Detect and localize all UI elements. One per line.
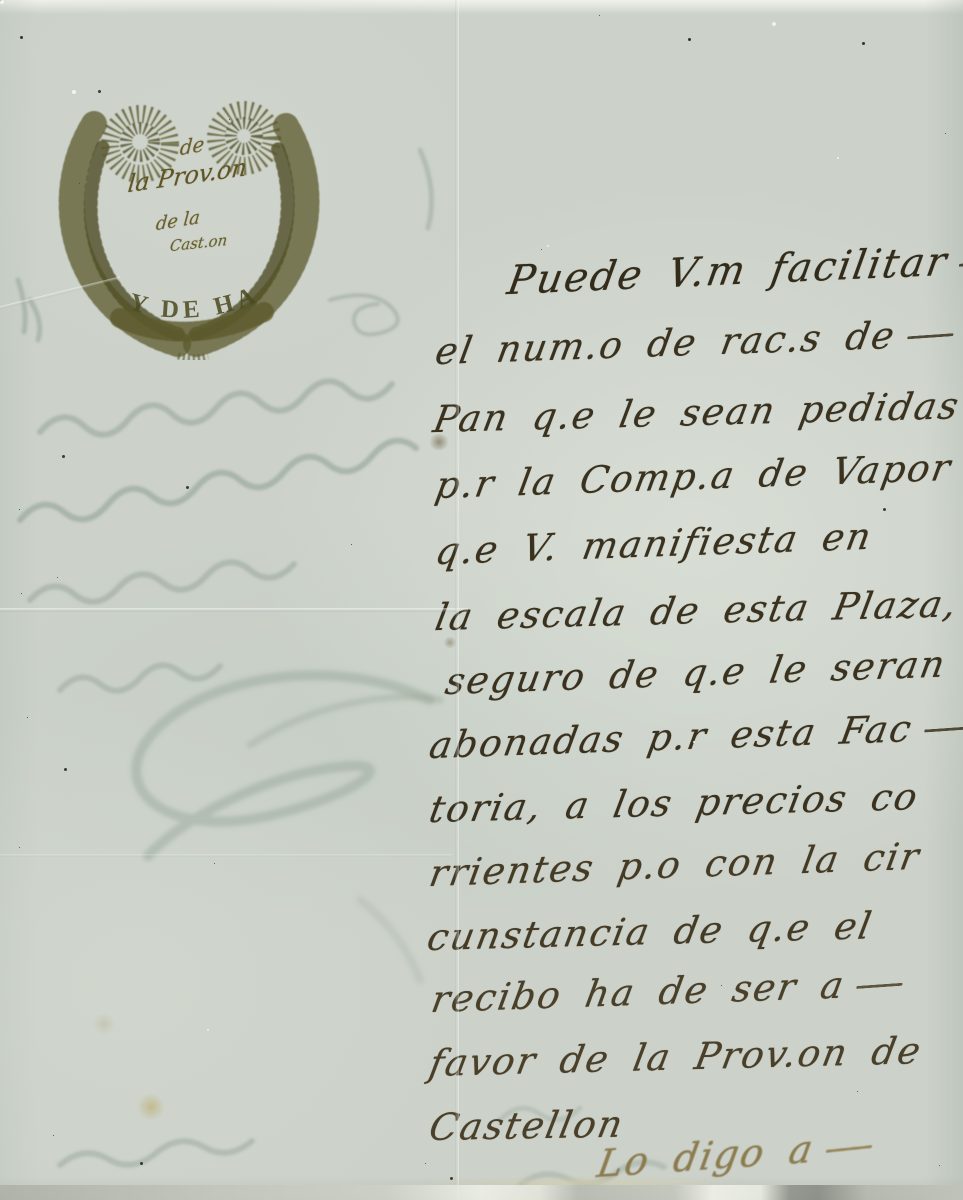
letter-line: Castellon [426,1103,628,1150]
letter-line: abonadas p.r esta Fac [426,705,963,767]
wreath-stamp: Y DE HA de la Prov.on de la Cast.on [28,52,352,360]
letter-line: el num.o de rac.s de [432,312,957,373]
horizontal-fold-crease [0,608,468,612]
laurel-wreath-icon: Y DE HA [28,52,352,360]
letter-line: p.r la Comp.a de Vapor [432,444,963,507]
horizontal-fold-crease [0,854,452,857]
letter-line: seguro de q.e le seran [442,642,950,703]
paper-stain [92,1014,116,1034]
letter-line: favor de la Prov.on de [426,1029,926,1085]
letter-line: Pan q.e le sean pedidas [430,384,963,441]
paper-stain [136,1094,166,1120]
letter-line: recibo ha de ser a [428,961,907,1021]
letter-line: q.e V. manifiesta en [432,515,876,574]
letter-page: Y DE HA de la Prov.on de la Cast.on Pued… [0,0,963,1200]
letter-line: Puede V.m facilitar [504,234,963,304]
paper-specks-light [0,0,2,2]
letter-line: toria, a los precios co [426,775,923,831]
stamp-inner-text: de [179,131,205,160]
letter-line: rrientes p.o con la cir [426,835,924,895]
bottom-edge-band [0,1185,963,1200]
letter-line: la escala de esta Plaza, [432,582,962,639]
letter-line: cunstancia de q.e el [424,904,877,959]
